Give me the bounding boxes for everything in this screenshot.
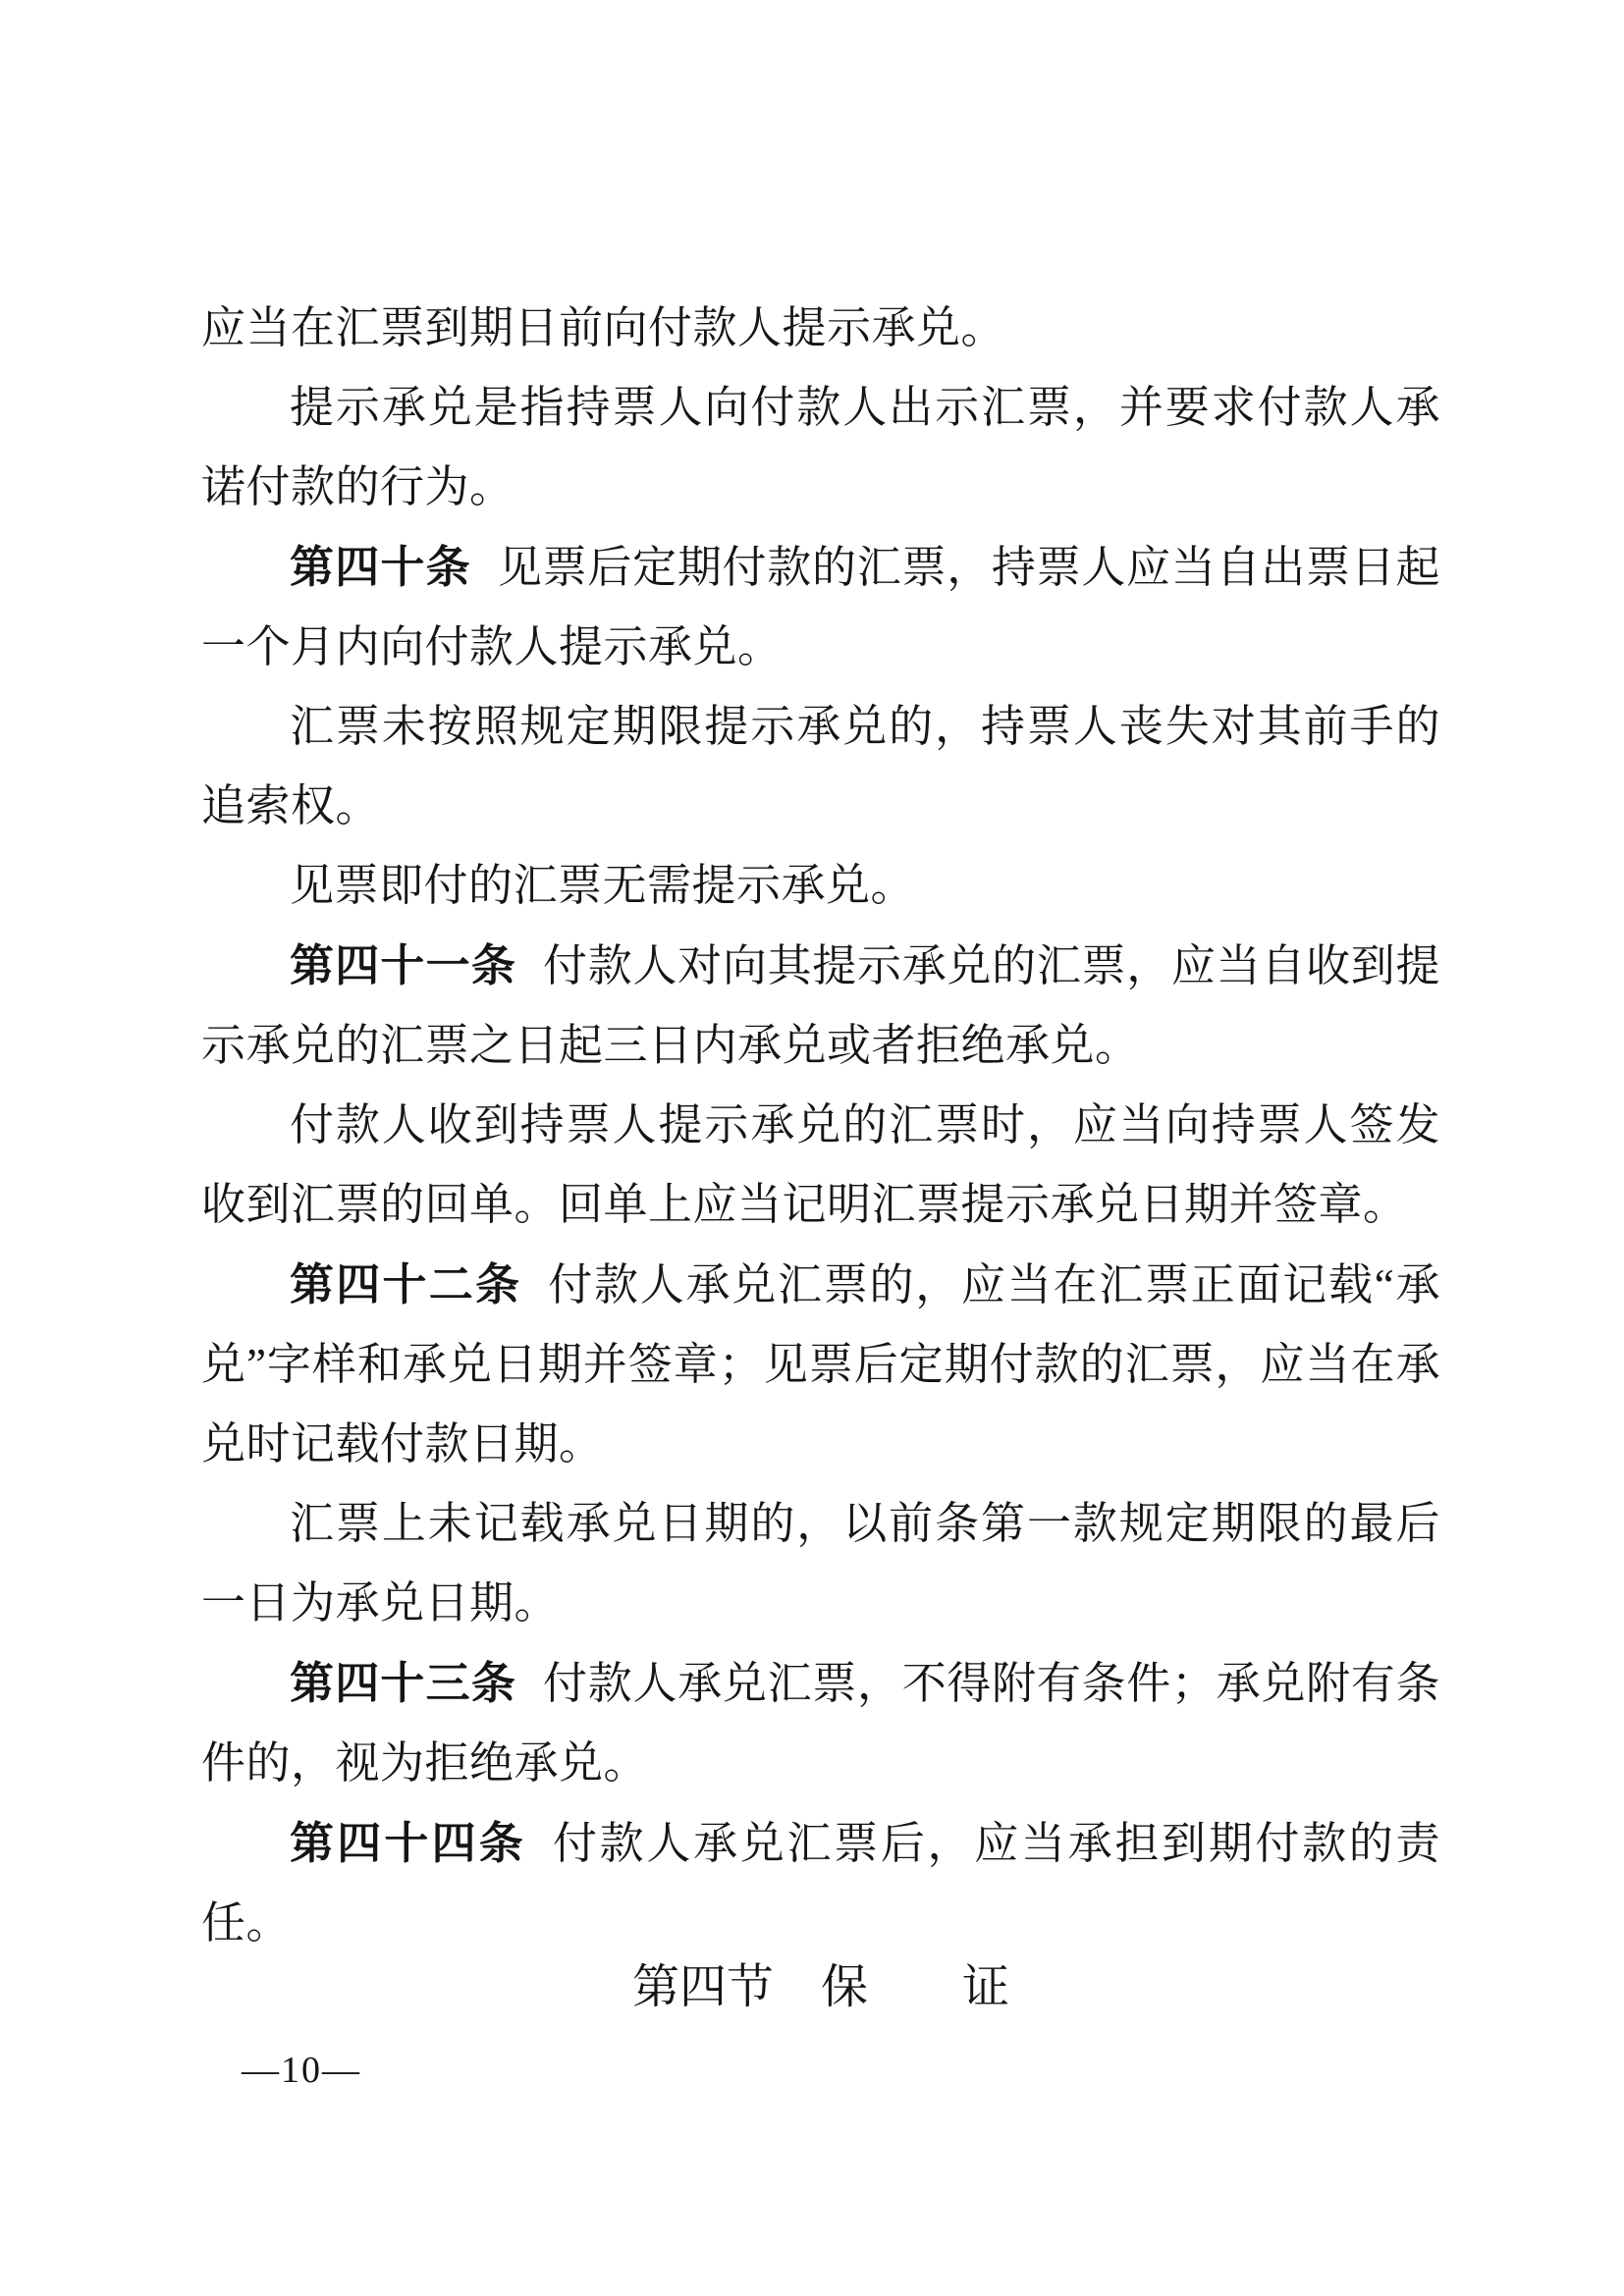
document-page: 应当在汇票到期日前向付款人提示承兑。提示承兑是指持票人向付款人出示汇票，并要求付…: [0, 0, 1624, 2296]
article-paragraph: 第四十二条付款人承兑汇票的，应当在汇票正面记载“承兑”字样和承兑日期并签章；见票…: [201, 1245, 1440, 1484]
article-number: 第四十一条: [290, 940, 516, 990]
article-paragraph: 第四十一条付款人对向其提示承兑的汇票，应当自收到提示承兑的汇票之日起三日内承兑或…: [201, 926, 1440, 1086]
article-paragraph: 第四十条见票后定期付款的汇票，持票人应当自出票日起一个月内向付款人提示承兑。: [201, 527, 1440, 687]
paragraph: 汇票未按照规定期限提示承兑的，持票人丧失对其前手的追索权。: [201, 687, 1440, 846]
paragraph: 付款人收到持票人提示承兑的汇票时，应当向持票人签发收到汇票的回单。回单上应当记明…: [201, 1086, 1440, 1245]
article-number: 第四十条: [290, 542, 471, 592]
document-body: 应当在汇票到期日前向付款人提示承兑。提示承兑是指持票人向付款人出示汇票，并要求付…: [201, 289, 1440, 1963]
article-paragraph: 第四十四条付款人承兑汇票后，应当承担到期付款的责任。: [201, 1803, 1440, 1963]
article-number: 第四十四条: [290, 1818, 526, 1868]
article-paragraph: 第四十三条付款人承兑汇票，不得附有条件；承兑附有条件的，视为拒绝承兑。: [201, 1643, 1440, 1803]
paragraph: 提示承兑是指持票人向付款人出示汇票，并要求付款人承诺付款的行为。: [201, 368, 1440, 527]
section-heading: 第四节 保 证: [201, 1948, 1440, 2027]
paragraph: 汇票上未记载承兑日期的，以前条第一款规定期限的最后一日为承兑日期。: [201, 1484, 1440, 1643]
article-number: 第四十三条: [290, 1658, 516, 1708]
paragraph: 见票即付的汇票无需提示承兑。: [201, 846, 1440, 926]
article-number: 第四十二条: [290, 1259, 521, 1309]
paragraph: 应当在汇票到期日前向付款人提示承兑。: [201, 289, 1440, 368]
page-number: —10—: [242, 2048, 361, 2093]
